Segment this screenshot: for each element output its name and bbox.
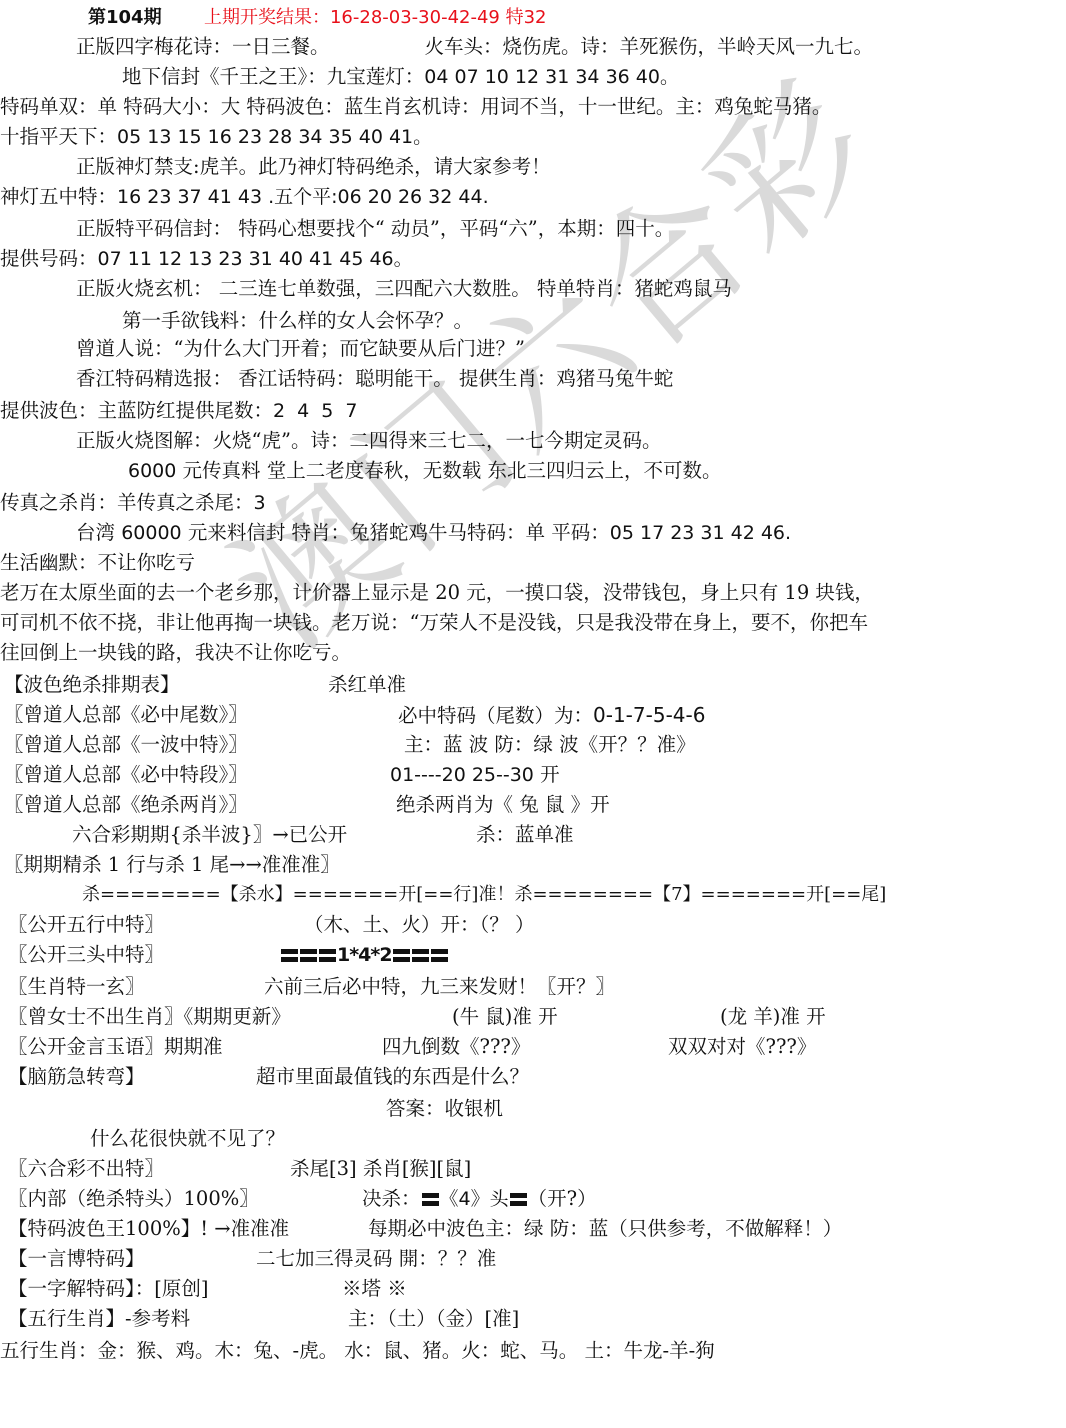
must-tail-line: 〖曾道人总部《必中尾数》〗 必中特码（尾数）为：0-1-7-5-4-6: [4, 702, 248, 730]
fax-price: 6000: [128, 460, 176, 482]
issue-number: 第104期: [88, 7, 162, 28]
taiwan-flat-numbers: 05 17 23 31 42 46.: [610, 522, 791, 544]
wave-color-line: 提供波色：主蓝防红提供尾数：2 4 5 7: [0, 398, 361, 426]
golden-words-label: 〖公开金言玉语〗期期准: [8, 1035, 223, 1058]
ten-fingers-label: 十指平天下：: [0, 125, 117, 148]
internal-kill-line: 〖内部（绝杀特头）100%〗 决杀：《4》头（开?）: [8, 1186, 259, 1214]
kill-two-value: 绝杀两肖为《 兔 鼠 》开: [396, 792, 610, 818]
lamp-five-numbers: 16 23 37 41 43 .五个平:06 20 26 32 44.: [117, 186, 489, 208]
provided-numbers: 07 11 12 13 23 31 40 41 45 46。: [98, 248, 413, 270]
fax-material-line: 6000 元传真料 堂上二老度春秋，无数载 东北三四归云上，不可数。: [128, 458, 721, 486]
ms-zeng-value-1: (牛 鼠)准 开: [452, 1004, 558, 1030]
wave-color-label: 提供波色：主蓝防红提供尾数：: [0, 399, 273, 422]
flower-riddle: 什么花很快就不见了？: [90, 1126, 285, 1154]
no-special-line: 〖六合彩不出特〗 杀尾[3] 杀肖[猴][鼠]: [8, 1156, 164, 1184]
ten-fingers-numbers: 05 13 15 16 23 28 34 35 40 41。: [117, 126, 432, 148]
three-heads-line: 〖公开三头中特〗 1*4*2: [8, 942, 164, 970]
lamp-ban-line: 正版神灯禁支:虎羊。此乃神灯特码绝杀，请大家参考！: [76, 154, 551, 182]
provided-numbers-label: 提供号码：: [0, 247, 98, 270]
one-char-label: 【一字解特码】：[原创]: [8, 1277, 208, 1300]
humor-title: 生活幽默：不让你吃亏: [0, 550, 195, 578]
fax-kill-line: 传真之杀肖：羊传真之杀尾：3: [0, 490, 266, 518]
one-word-bet-line: 【一言博特码】 二七加三得灵码 開：？？准: [8, 1246, 145, 1274]
half-wave-label: 六合彩期期{杀半波}〗→已公开: [72, 823, 347, 846]
must-tail-label: 〖曾道人总部《必中尾数》〗: [4, 703, 248, 726]
taiwan-envelope-line: 台湾 60000 元来料信封 特肖：兔猪蛇鸡牛马特码：单 平码：05 17 23…: [76, 520, 791, 548]
humor-text-3: 往回倒上一块钱的路，我决不让你吃亏。: [0, 640, 351, 668]
golden-words-value-2: 双双对对《???》: [668, 1034, 816, 1060]
wave-schedule-line: 【波色绝杀排期表】 杀红单准: [4, 672, 180, 700]
riddle-question: 超市里面最值钱的东西是什么？: [256, 1064, 529, 1090]
five-zodiac-ref-line: 【五行生肖】-参考料 主：（土）（金）[准]: [8, 1306, 190, 1334]
must-tail-value: 必中特码（尾数）为：0-1-7-5-4-6: [398, 702, 705, 729]
humor-text-2: 可司机不依不挠，非让他再掏一块钱。老万说：“万荣人不是没钱，只是我没带在身上，要…: [0, 610, 868, 638]
kill-row-tail-line: 〖期期精杀 1 行与杀 1 尾→→准准准〗: [4, 852, 340, 880]
wave-schedule-title: 【波色绝杀排期表】: [4, 673, 180, 696]
odd-even-line: 特码单双：单 特码大小：大 特码波色：蓝生肖玄机诗：用词不当，十一世纪。主：鸡兔…: [0, 94, 831, 122]
five-elements-line: 〖公开五行中特〗 （木、土、火）开：（？ ）: [8, 912, 164, 940]
zeng-says-line: 曾道人说：“为什么大门开着；而它缺要从后门进？”: [76, 336, 525, 364]
one-wave-value: 主：蓝 波 防：绿 波《开？？准》: [404, 732, 696, 758]
must-segment-line: 〖曾道人总部《必中特段》〗 01----20 25--30 开: [4, 762, 248, 790]
lamp-five-line: 神灯五中特：16 23 37 41 43 .五个平:06 20 26 32 44…: [0, 184, 489, 212]
must-segment-label: 〖曾道人总部《必中特段》〗: [4, 763, 248, 786]
one-wave-line: 〖曾道人总部《一波中特》〗 主：蓝 波 防：绿 波《开？？准》: [4, 732, 248, 760]
fax-kill-tail: 3: [254, 492, 266, 514]
five-zodiac-list: 五行生肖：金：猴、鸡。木：兔、-虎。 水：鼠、猪。火：蛇、马。 土：牛龙-羊-狗: [0, 1338, 715, 1366]
five-zodiac-ref-value: 主：（土）（金）[准]: [348, 1306, 519, 1332]
ms-zeng-label: 〖曾女士不出生肖〗《期期更新》: [8, 1005, 291, 1028]
humor-text-1: 老万在太原坐面的去一个老乡那，计价器上显示是 20 元，一摸口袋，没带钱包，身上…: [0, 580, 874, 608]
flat-code-envelope-line: 正版特平码信封： 特码心想要找个“ 动员”，平码“六”，本期：四十。: [76, 216, 674, 244]
half-wave-value: 杀：蓝单准: [476, 822, 574, 848]
kill-water-line: 杀========【杀水】=======开[==行]准！杀========【7】…: [82, 882, 886, 910]
half-wave-line: 六合彩期期{杀半波}〗→已公开 杀：蓝单准: [72, 822, 347, 850]
train-head: 火车头：烧伤虎。诗：羊死猴伤，半岭天风一九七。: [425, 35, 874, 58]
fax-kill-label: 传真之杀肖：羊传真之杀尾：: [0, 491, 254, 514]
one-wave-label: 〖曾道人总部《一波中特》〗: [4, 733, 248, 756]
golden-words-line: 〖公开金言玉语〗期期准 四九倒数《???》 双双对对《???》: [8, 1034, 223, 1062]
three-heads-value: 1*4*2: [280, 942, 449, 968]
wave-schedule-value: 杀红单准: [328, 672, 406, 698]
five-zodiac-ref-label: 【五行生肖】-参考料: [8, 1307, 190, 1330]
internal-kill-value: 决杀：《4》头（开?）: [362, 1186, 597, 1212]
ms-zeng-line: 〖曾女士不出生肖〗《期期更新》 (牛 鼠)准 开 (龙 羊)准 开: [8, 1004, 291, 1032]
riddle-label: 【脑筋急转弯】: [8, 1065, 145, 1088]
lamp-five-label: 神灯五中特：: [0, 185, 117, 208]
fire-diagram-line: 正版火烧图解：火烧“虎”。诗：二四得来三七二，一七今期定灵码。: [76, 428, 661, 456]
fire-mystery-line: 正版火烧玄机： 二三连七单数强，三四配六大数胜。 特单特肖：猪蛇鸡鼠马: [76, 276, 732, 304]
internal-kill-label: 〖内部（绝杀特头）100%〗: [8, 1187, 259, 1210]
one-word-bet-label: 【一言博特码】: [8, 1247, 145, 1270]
golden-words-value-1: 四九倒数《???》: [382, 1034, 530, 1060]
envelope-label: 地下信封《千王之王》：九宝莲灯：: [122, 65, 424, 88]
tail-numbers: 2 4 5 7: [273, 400, 360, 422]
five-elements-value: （木、土、火）开：（？ ）: [304, 912, 534, 938]
zodiac-mystery-line: 〖生肖特一玄〗 六前三后必中特，九三来发财！〖开？〗: [8, 974, 145, 1002]
five-elements-label: 〖公开五行中特〗: [8, 913, 164, 936]
xiangjiang-line: 香江特码精选报： 香江话特码：聪明能干。 提供生肖：鸡猪马兔牛蛇: [76, 366, 673, 394]
wave-king-label: 【特码波色王100%】! →准准准: [8, 1217, 289, 1240]
riddle-line: 【脑筋急转弯】 超市里面最值钱的东西是什么？: [8, 1064, 145, 1092]
plum-poem-line: 正版四字梅花诗：一日三餐。火车头：烧伤虎。诗：羊死猴伤，半岭天风一九七。: [76, 34, 873, 62]
plum-poem: 正版四字梅花诗：一日三餐。: [76, 35, 330, 58]
envelope-numbers: 04 07 10 12 31 34 36 40。: [424, 66, 679, 88]
one-word-bet-value: 二七加三得灵码 開：？？准: [256, 1246, 496, 1272]
first-hand-line: 第一手欲钱料：什么样的女人会怀孕？。: [122, 308, 473, 336]
no-special-label: 〖六合彩不出特〗: [8, 1157, 164, 1180]
kill-two-line: 〖曾道人总部《绝杀两肖》〗 绝杀两肖为《 兔 鼠 》开: [4, 792, 248, 820]
kill-two-label: 〖曾道人总部《绝杀两肖》〗: [4, 793, 248, 816]
wave-king-value: 每期必中波色主：绿 防：蓝（只供参考，不做解释！）: [368, 1216, 842, 1242]
zodiac-mystery-label: 〖生肖特一玄〗: [8, 975, 145, 998]
no-special-value: 杀尾[3] 杀肖[猴][鼠]: [290, 1156, 471, 1182]
one-char-value: ※塔 ※: [342, 1276, 407, 1302]
ten-fingers-line: 十指平天下：05 13 15 16 23 28 34 35 40 41。: [0, 124, 432, 152]
taiwan-text: 元来料信封 特肖：兔猪蛇鸡牛马特码：单 平码：: [182, 521, 610, 544]
wave-king-line: 【特码波色王100%】! →准准准 每期必中波色主：绿 防：蓝（只供参考，不做解…: [8, 1216, 289, 1244]
taiwan-price: 60000: [121, 522, 181, 544]
provided-numbers-line: 提供号码：07 11 12 13 23 31 40 41 45 46。: [0, 246, 413, 274]
must-segment-value: 01----20 25--30 开: [390, 762, 560, 788]
envelope-line: 地下信封《千王之王》：九宝莲灯：04 07 10 12 31 34 36 40。: [122, 64, 679, 92]
one-char-line: 【一字解特码】：[原创] ※塔 ※: [8, 1276, 208, 1304]
three-heads-label: 〖公开三头中特〗: [8, 943, 164, 966]
zodiac-mystery-value: 六前三后必中特，九三来发财！〖开？〗: [264, 974, 615, 1000]
taiwan-label: 台湾: [76, 521, 121, 544]
fax-text: 元传真料 堂上二老度春秋，无数载 东北三四归云上，不可数。: [176, 459, 721, 482]
issue-header: 第104期 上期开奖结果：16-28-03-30-42-49 特32: [88, 4, 547, 32]
ms-zeng-value-2: (龙 羊)准 开: [720, 1004, 826, 1030]
last-result: 上期开奖结果：16-28-03-30-42-49 特32: [204, 7, 547, 28]
riddle-answer: 答案：收银机: [386, 1096, 503, 1124]
